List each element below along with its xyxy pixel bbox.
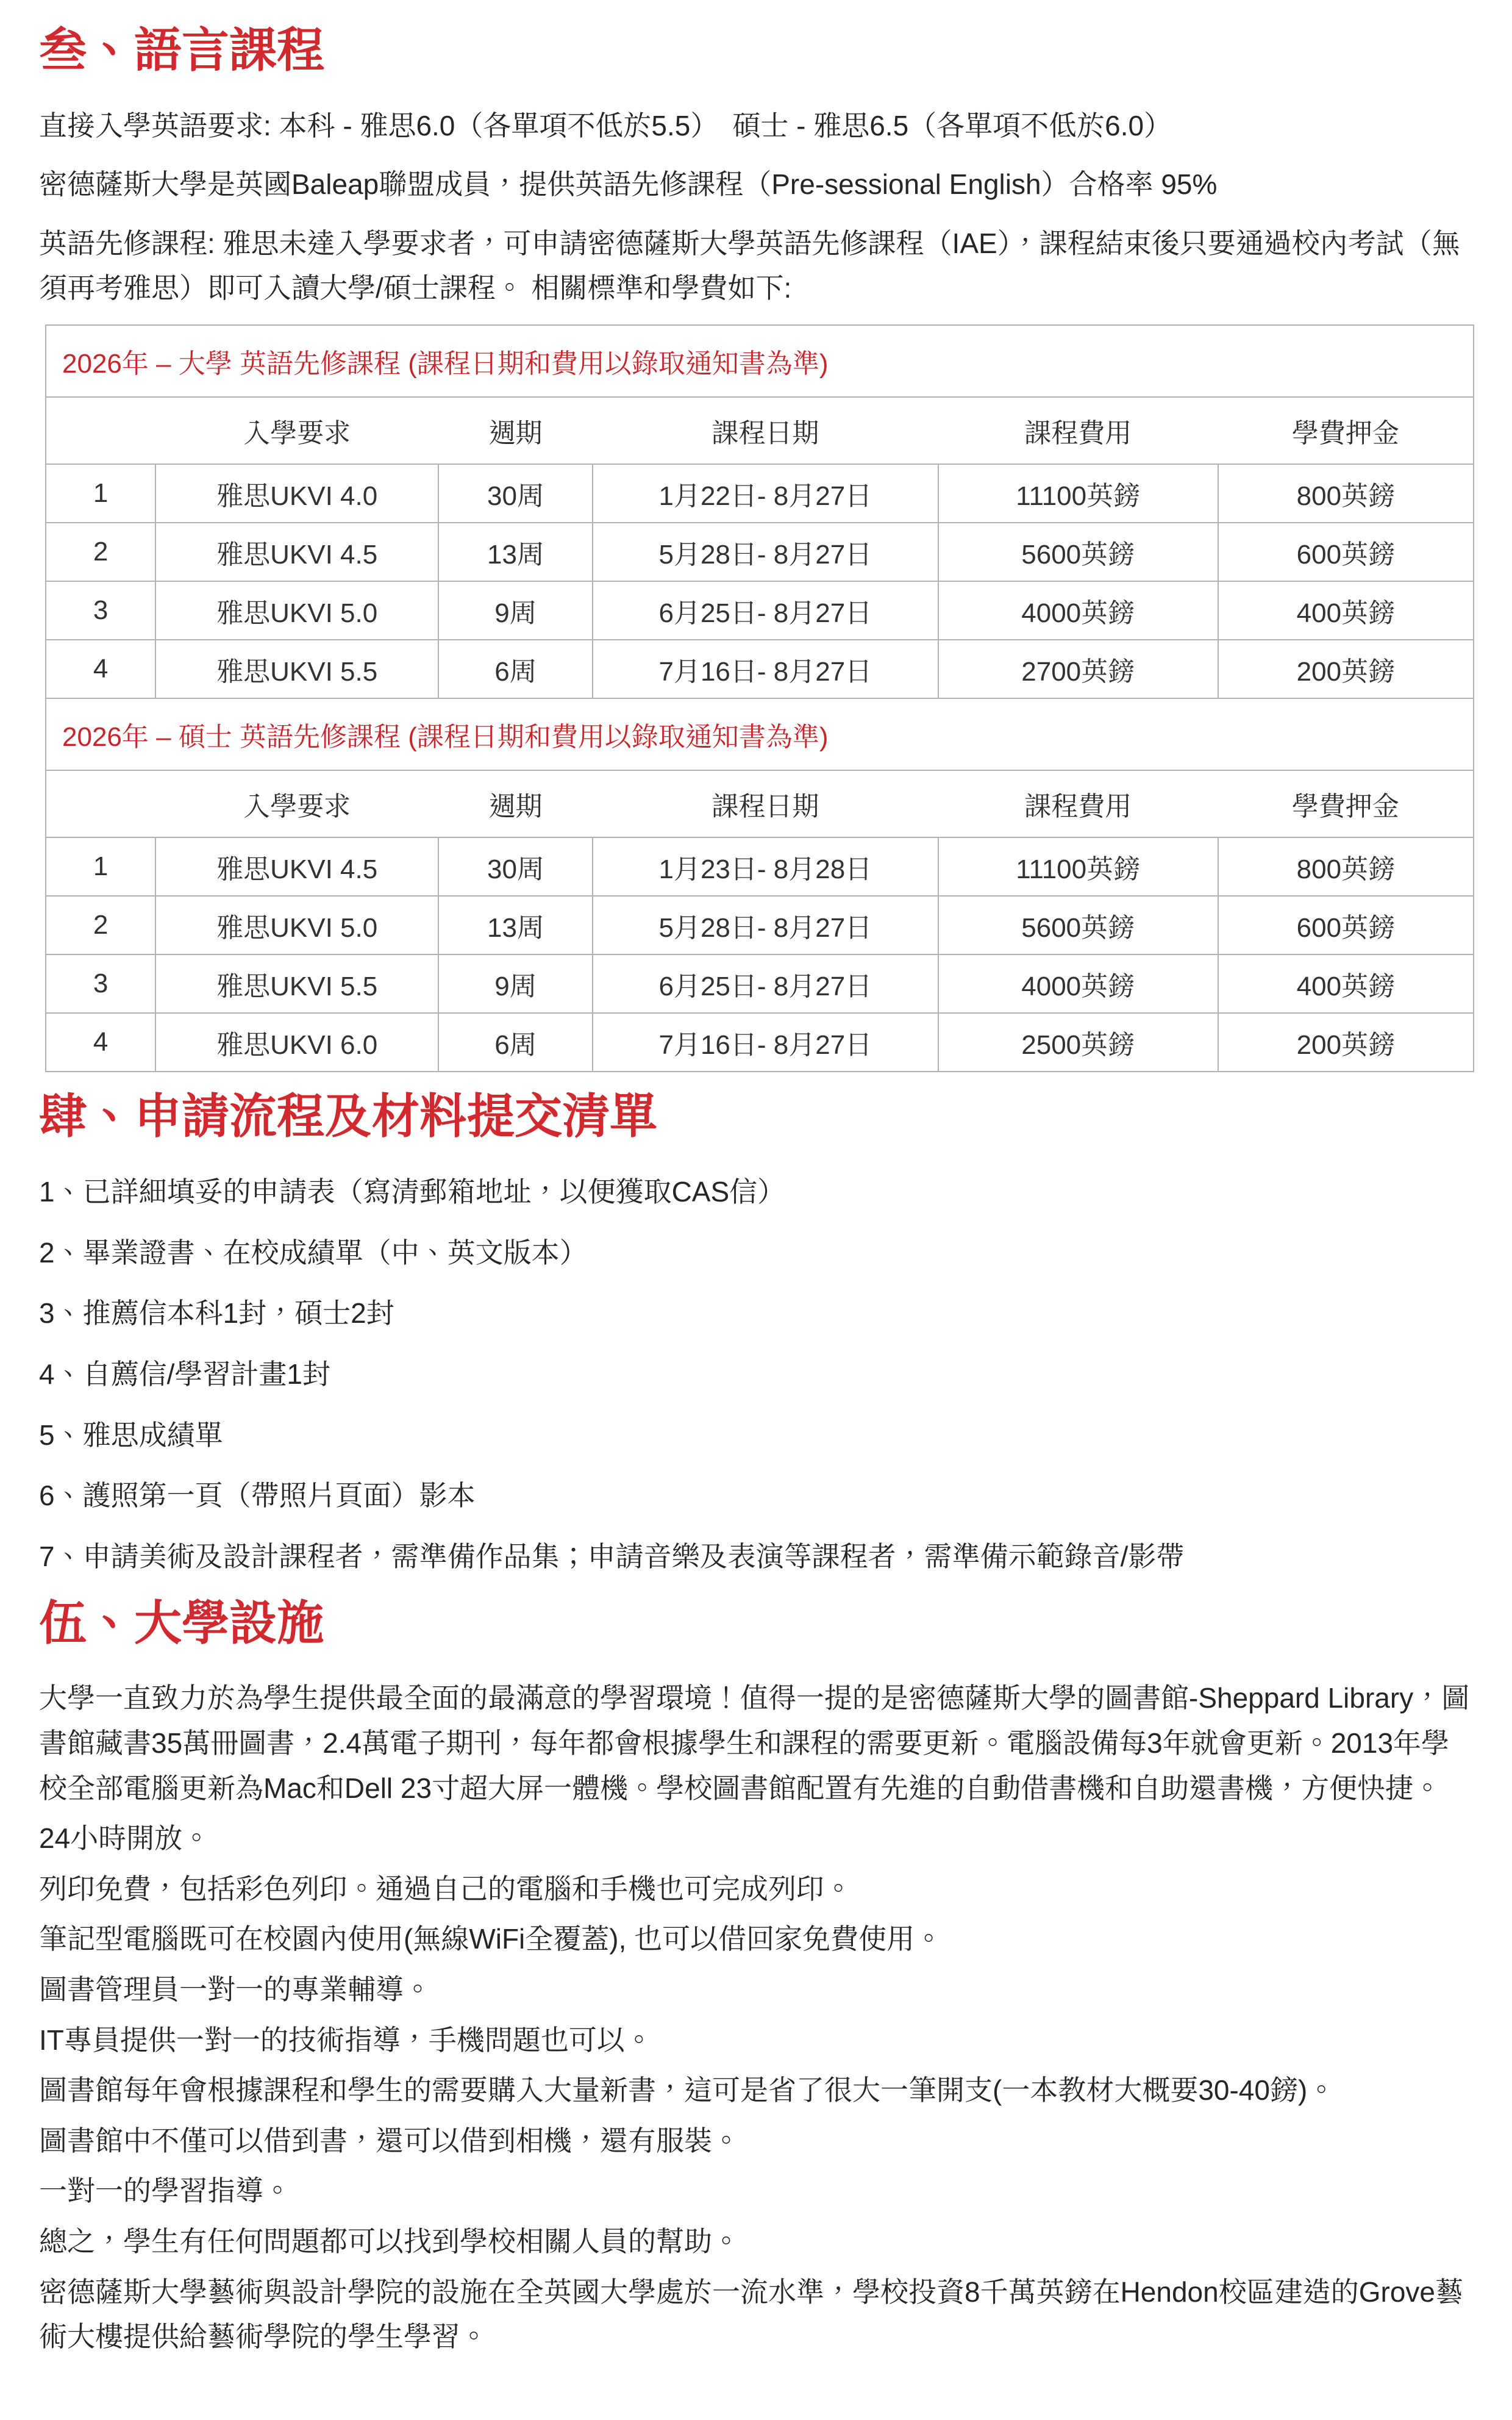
table-cell: 200英鎊 (1218, 1013, 1474, 1072)
column-header-duration: 週期 (438, 397, 593, 464)
table-cell: 800英鎊 (1218, 837, 1474, 896)
table-cell: 200英鎊 (1218, 640, 1474, 698)
list-item: 3、推薦信本科1封，碩士2封 (39, 1291, 1474, 1336)
facilities-paragraph: 一對一的學習指導。 (39, 2169, 1474, 2214)
table-cell: 7月16日- 8月27日 (593, 1013, 938, 1072)
table-cell: 11100英鎊 (938, 837, 1218, 896)
facilities-paragraph: 密德薩斯大學藝術與設計學院的設施在全英國大學處於一流水準，學校投資8千萬英鎊在H… (39, 2270, 1474, 2360)
facilities-paragraph: 大學一直致力於為學生提供最全面的最滿意的學習環境！值得一提的是密德薩斯大學的圖書… (39, 1676, 1474, 1811)
table-cell: 4000英鎊 (938, 581, 1218, 640)
table-cell: 4000英鎊 (938, 954, 1218, 1013)
table-row: 2 雅思UKVI 4.5 13周 5月28日- 8月27日 5600英鎊 600… (46, 523, 1474, 581)
table-cell: 4 (46, 640, 155, 698)
table-cell: 5600英鎊 (938, 896, 1218, 954)
facilities-paragraph: 筆記型電腦既可在校園內使用(無線WiFi全覆蓋), 也可以借回家免費使用。 (39, 1917, 1474, 1962)
table-cell: 雅思UKVI 5.5 (155, 640, 438, 698)
section-facilities-title: 伍、大學設施 (39, 1596, 1474, 1651)
postgrad-table-caption-row: 2026年 – 碩士 英語先修課程 (課程日期和費用以錄取通知書為準) (46, 698, 1474, 770)
column-header-entry-requirement: 入學要求 (155, 770, 438, 837)
list-item: 6、護照第一頁（帶照片頁面）影本 (39, 1473, 1474, 1518)
table-cell: 600英鎊 (1218, 896, 1474, 954)
table-cell: 30周 (438, 464, 593, 523)
facilities-paragraphs: 大學一直致力於為學生提供最全面的最滿意的學習環境！值得一提的是密德薩斯大學的圖書… (39, 1676, 1474, 2359)
table-cell: 3 (46, 581, 155, 640)
table-cell: 9周 (438, 954, 593, 1013)
postgrad-table-caption: 2026年 – 碩士 英語先修課程 (課程日期和費用以錄取通知書為準) (46, 698, 1474, 770)
table-cell: 雅思UKVI 4.5 (155, 837, 438, 896)
section-application-title: 肆、申請流程及材料提交清單 (39, 1089, 1474, 1144)
table-cell: 1月22日- 8月27日 (593, 464, 938, 523)
column-header-course-dates: 課程日期 (593, 770, 938, 837)
table-cell: 雅思UKVI 5.5 (155, 954, 438, 1013)
document-page: 叁、語言課程 直接入學英語要求: 本科 - 雅思6.0（各單項不低於5.5） 碩… (0, 0, 1512, 2420)
table-cell: 13周 (438, 896, 593, 954)
column-header-course-fee: 課程費用 (938, 770, 1218, 837)
list-item: 1、已詳細填妥的申請表（寫清郵箱地址，以便獲取CAS信） (39, 1170, 1474, 1214)
table-cell: 雅思UKVI 6.0 (155, 1013, 438, 1072)
table-cell: 5月28日- 8月27日 (593, 523, 938, 581)
table-cell: 1月23日- 8月28日 (593, 837, 938, 896)
table-cell: 400英鎊 (1218, 581, 1474, 640)
presessional-course-table: 2026年 – 大學 英語先修課程 (課程日期和費用以錄取通知書為準) 入學要求… (45, 324, 1474, 1072)
undergrad-table-caption-row: 2026年 – 大學 英語先修課程 (課程日期和費用以錄取通知書為準) (46, 325, 1474, 397)
table-row: 3 雅思UKVI 5.0 9周 6月25日- 8月27日 4000英鎊 400英… (46, 581, 1474, 640)
table-cell: 30周 (438, 837, 593, 896)
table-cell: 6月25日- 8月27日 (593, 581, 938, 640)
column-header-course-fee: 課程費用 (938, 397, 1218, 464)
application-checklist: 1、已詳細填妥的申請表（寫清郵箱地址，以便獲取CAS信） 2、畢業證書、在校成績… (39, 1170, 1474, 1579)
baleap-paragraph: 密德薩斯大學是英國Baleap聯盟成員，提供英語先修課程（Pre-session… (39, 162, 1474, 207)
table-row: 2 雅思UKVI 5.0 13周 5月28日- 8月27日 5600英鎊 600… (46, 896, 1474, 954)
column-header-index (46, 397, 155, 464)
table-cell: 雅思UKVI 5.0 (155, 896, 438, 954)
list-item: 4、自薦信/學習計畫1封 (39, 1352, 1474, 1397)
facilities-paragraph: 24小時開放。 (39, 1816, 1474, 1861)
table-cell: 雅思UKVI 4.5 (155, 523, 438, 581)
table-cell: 雅思UKVI 4.0 (155, 464, 438, 523)
presessional-intro-paragraph: 英語先修課程: 雅思未達入學要求者，可申請密德薩斯大學英語先修課程（IAE），課… (39, 221, 1474, 310)
facilities-paragraph: 列印免費，包括彩色列印。通過自己的電腦和手機也可完成列印。 (39, 1867, 1474, 1912)
facilities-paragraph: IT專員提供一對一的技術指導，手機問題也可以。 (39, 2018, 1474, 2063)
column-header-entry-requirement: 入學要求 (155, 397, 438, 464)
language-requirements-paragraph: 直接入學英語要求: 本科 - 雅思6.0（各單項不低於5.5） 碩士 - 雅思6… (39, 104, 1474, 148)
table-cell: 3 (46, 954, 155, 1013)
column-header-deposit: 學費押金 (1218, 397, 1474, 464)
table-cell: 2700英鎊 (938, 640, 1218, 698)
table-cell: 2500英鎊 (938, 1013, 1218, 1072)
table-cell: 1 (46, 464, 155, 523)
list-item: 2、畢業證書、在校成績單（中、英文版本） (39, 1231, 1474, 1275)
facilities-paragraph: 圖書館中不僅可以借到書，還可以借到相機，還有服裝。 (39, 2119, 1474, 2164)
table-cell: 400英鎊 (1218, 954, 1474, 1013)
table-cell: 9周 (438, 581, 593, 640)
postgrad-table-header-row: 入學要求 週期 課程日期 課程費用 學費押金 (46, 770, 1474, 837)
facilities-paragraph: 圖書管理員一對一的專業輔導。 (39, 1967, 1474, 2013)
table-cell: 6月25日- 8月27日 (593, 954, 938, 1013)
undergrad-table-caption: 2026年 – 大學 英語先修課程 (課程日期和費用以錄取通知書為準) (46, 325, 1474, 397)
table-cell: 4 (46, 1013, 155, 1072)
column-header-course-dates: 課程日期 (593, 397, 938, 464)
table-cell: 6周 (438, 1013, 593, 1072)
facilities-paragraph: 圖書館每年會根據課程和學生的需要購入大量新書，這可是省了很大一筆開支(一本教材大… (39, 2068, 1474, 2113)
section-language-title: 叁、語言課程 (39, 23, 1474, 78)
column-header-duration: 週期 (438, 770, 593, 837)
table-cell: 7月16日- 8月27日 (593, 640, 938, 698)
table-row: 3 雅思UKVI 5.5 9周 6月25日- 8月27日 4000英鎊 400英… (46, 954, 1474, 1013)
facilities-paragraph: 總之，學生有任何問題都可以找到學校相關人員的幫助。 (39, 2219, 1474, 2264)
table-cell: 5月28日- 8月27日 (593, 896, 938, 954)
table-cell: 1 (46, 837, 155, 896)
table-row: 1 雅思UKVI 4.5 30周 1月23日- 8月28日 11100英鎊 80… (46, 837, 1474, 896)
table-row: 1 雅思UKVI 4.0 30周 1月22日- 8月27日 11100英鎊 80… (46, 464, 1474, 523)
column-header-index (46, 770, 155, 837)
list-item: 5、雅思成績單 (39, 1413, 1474, 1458)
table-cell: 2 (46, 896, 155, 954)
table-cell: 6周 (438, 640, 593, 698)
table-cell: 11100英鎊 (938, 464, 1218, 523)
table-cell: 5600英鎊 (938, 523, 1218, 581)
table-cell: 雅思UKVI 5.0 (155, 581, 438, 640)
table-row: 4 雅思UKVI 5.5 6周 7月16日- 8月27日 2700英鎊 200英… (46, 640, 1474, 698)
table-cell: 800英鎊 (1218, 464, 1474, 523)
table-row: 4 雅思UKVI 6.0 6周 7月16日- 8月27日 2500英鎊 200英… (46, 1013, 1474, 1072)
column-header-deposit: 學費押金 (1218, 770, 1474, 837)
undergrad-table-header-row: 入學要求 週期 課程日期 課程費用 學費押金 (46, 397, 1474, 464)
table-cell: 2 (46, 523, 155, 581)
table-cell: 600英鎊 (1218, 523, 1474, 581)
list-item: 7、申請美術及設計課程者，需準備作品集；申請音樂及表演等課程者，需準備示範錄音/… (39, 1534, 1474, 1579)
table-cell: 13周 (438, 523, 593, 581)
